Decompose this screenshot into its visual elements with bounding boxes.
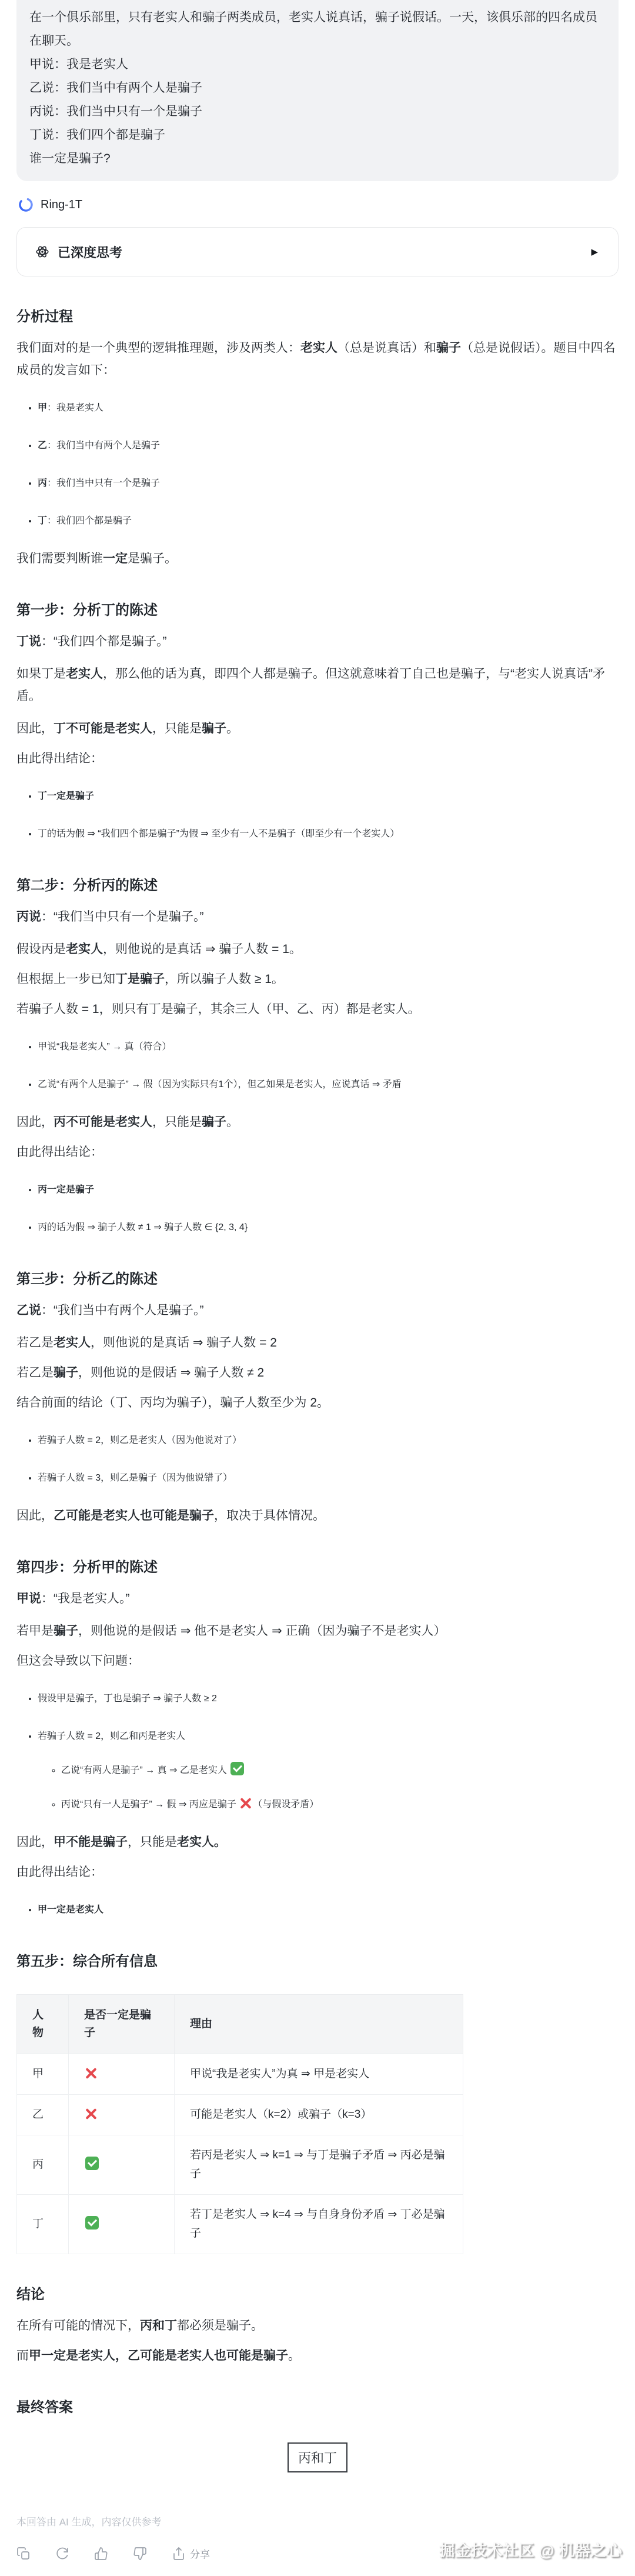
check-icon: [230, 1762, 244, 1775]
list-item: 丙说“只有一人是骗子” → 假 ⇒ 丙应是骗子 （与假设矛盾）: [61, 1794, 619, 1816]
paragraph: 结合前面的结论（丁、丙均为骗子），骗子人数至少为 2。: [16, 1392, 619, 1414]
paragraph: 由此得出结论：: [16, 1861, 619, 1884]
paragraph: 若乙是骗子，则他说的是假话 ⇒ 骗子人数 ≠ 2: [16, 1362, 619, 1384]
paragraph: 我们需要判断谁一定是骗子。: [16, 548, 619, 570]
list-item: 丁：我们四个都是骗子: [38, 510, 619, 532]
ai-disclaimer: 本回答由 AI 生成，内容仅供参考: [16, 2514, 619, 2528]
summary-table: 人物是否一定是骗子理由甲甲说“我是老实人”为真 ⇒ 甲是老实人乙可能是老实人（k…: [16, 1994, 463, 2254]
watermark: 掘金技术社区 @ 机器之心: [439, 2538, 622, 2561]
share-button[interactable]: 分享: [172, 2546, 210, 2561]
bold-text: 甲: [38, 403, 47, 413]
model-name: Ring-1T: [41, 198, 82, 212]
list-item: 丁的话为假 ⇒ “我们四个都是骗子”为假 ⇒ 至少有一人不是骗子（即至少有一个老…: [38, 823, 619, 845]
bullet-list: 丁一定是骗子丁的话为假 ⇒ “我们四个都是骗子”为假 ⇒ 至少有一人不是骗子（即…: [16, 785, 619, 845]
bold-text: 丙一定是骗子: [38, 1185, 94, 1195]
bold-text: 丁: [38, 516, 47, 526]
list-item: 丁一定是骗子: [38, 785, 619, 808]
share-label: 分享: [190, 2546, 210, 2561]
list-item: 丙一定是骗子: [38, 1179, 619, 1201]
paragraph: 由此得出结论：: [16, 748, 619, 770]
bold-text: 乙说: [16, 1304, 41, 1317]
paragraph: 因此，丙不可能是老实人，只能是骗子。: [16, 1111, 619, 1134]
table-cell: [69, 2054, 175, 2095]
bold-text: 乙可能是老实人也可能是骗子: [54, 1509, 214, 1522]
bold-text: 乙: [38, 441, 47, 451]
bold-text: 丙: [38, 478, 47, 488]
bold-text: 甲说: [16, 1592, 41, 1605]
paragraph: 甲说：“我是老实人。”: [16, 1588, 619, 1610]
chat-page: 在一个俱乐部里，只有老实人和骗子两类成员，老实人说真话，骗子说假话。一天，该俱乐…: [0, 0, 635, 2576]
section-heading: 第二步：分析丙的陈述: [16, 876, 619, 896]
table-cell: [69, 2195, 175, 2254]
list-item: 乙说“有两个人是骗子” → 假（因为实际只有1个），但乙如果是老实人，应说真话 …: [38, 1074, 619, 1096]
deep-thought-toggle[interactable]: 已深度思考 ▶: [16, 227, 619, 276]
ring-icon: [18, 196, 34, 213]
model-row: Ring-1T: [18, 196, 619, 213]
refresh-icon: [55, 2547, 69, 2561]
paragraph: 我们面对的是一个典型的逻辑推理题，涉及两类人：老实人（总是说真话）和骗子（总是说…: [16, 337, 619, 382]
section-heading: 分析过程: [16, 307, 619, 327]
check-icon: [85, 2157, 99, 2170]
thumbs-down-button[interactable]: [133, 2547, 147, 2561]
thumbs-up-icon: [94, 2547, 108, 2561]
list-item: 乙：我们当中有两个人是骗子: [38, 435, 619, 457]
question-line: 乙说：我们当中有两个人是骗子: [29, 76, 606, 100]
paragraph: 乙说：“我们当中有两个人是骗子。”: [16, 1299, 619, 1322]
list-item: 乙说“有两人是骗子” → 真 ⇒ 乙是老实人: [61, 1759, 619, 1782]
bold-text: 甲一定是老实人: [38, 1905, 103, 1915]
table-header-cell: 人物: [17, 1995, 69, 2054]
bold-text: 老实人。: [177, 1835, 226, 1849]
table-cell: 若丙是老实人 ⇒ k=1 ⇒ 与丁是骗子矛盾 ⇒ 丙必是骗子: [175, 2135, 463, 2195]
copy-button[interactable]: [16, 2547, 31, 2561]
paragraph: 在所有可能的情况下，丙和丁都必须是骗子。: [16, 2315, 619, 2337]
paragraph: 而甲一定是老实人，乙可能是老实人也可能是骗子。: [16, 2345, 619, 2367]
table-cell: [69, 2135, 175, 2195]
bullet-list: 乙说“有两人是骗子” → 真 ⇒ 乙是老实人 丙说“只有一人是骗子” → 假 ⇒…: [38, 1759, 619, 1816]
bullet-list: 甲说“我是老实人” → 真（符合）乙说“有两个人是骗子” → 假（因为实际只有1…: [16, 1036, 619, 1096]
table-cell: 丁: [17, 2195, 69, 2254]
question-line: 丙说：我们当中只有一个是骗子: [29, 100, 606, 124]
list-item: 若骗子人数 = 3，则乙是骗子（因为他说错了）: [38, 1467, 619, 1489]
bold-text: 一定: [103, 552, 128, 565]
list-item: 丙的话为假 ⇒ 骗子人数 ≠ 1 ⇒ 骗子人数 ∈ {2, 3, 4}: [38, 1217, 619, 1239]
final-answer-box: 丙和丁: [288, 2442, 347, 2472]
list-item: 假设甲是骗子，丁也是骗子 ⇒ 骗子人数 ≥ 2: [38, 1688, 619, 1710]
paragraph: 由此得出结论：: [16, 1141, 619, 1164]
cross-icon: [85, 2067, 97, 2079]
bold-text: 老实人: [54, 1336, 91, 1349]
paragraph: 因此，甲不能是骗子，只能是老实人。: [16, 1831, 619, 1854]
bold-text: 丙不可能是老实人: [54, 1115, 152, 1129]
bullet-list: 甲一定是老实人: [16, 1899, 619, 1921]
bold-text: 骗子: [54, 1366, 78, 1379]
paragraph: 若骗子人数 = 1，则只有丁是骗子，其余三人（甲、乙、丙）都是老实人。: [16, 998, 619, 1021]
table-cell: 可能是老实人（k=2）或骗子（k=3）: [175, 2095, 463, 2135]
bold-text: 丙和丁: [140, 2319, 177, 2332]
bold-text: 丙说: [16, 910, 41, 924]
bold-text: 骗子: [202, 722, 226, 735]
table-cell: 丙: [17, 2135, 69, 2195]
question-line: 在一个俱乐部里，只有老实人和骗子两类成员，老实人说真话，骗子说假话。一天，该俱乐…: [29, 6, 606, 53]
bold-text: 丁一定是骗子: [38, 791, 94, 801]
deep-thought-label: 已深度思考: [58, 243, 122, 261]
table-row: 丙若丙是老实人 ⇒ k=1 ⇒ 与丁是骗子矛盾 ⇒ 丙必是骗子: [17, 2135, 463, 2195]
bold-text: 甲一定是老实人，乙可能是老实人也可能是骗子: [29, 2349, 288, 2362]
thumbs-up-button[interactable]: [94, 2547, 108, 2561]
list-item: 丙：我们当中只有一个是骗子: [38, 472, 619, 495]
bullet-list: 若骗子人数 = 2，则乙是老实人（因为他说对了）若骗子人数 = 3，则乙是骗子（…: [16, 1429, 619, 1489]
bold-text: 丁是骗子: [115, 972, 165, 986]
table-header-cell: 是否一定是骗子: [69, 1995, 175, 2054]
list-item: 若骗子人数 = 2，则乙是老实人（因为他说对了）: [38, 1429, 619, 1452]
bold-text: 骗子: [436, 341, 461, 355]
table-row: 甲甲说“我是老实人”为真 ⇒ 甲是老实人: [17, 2054, 463, 2095]
cross-icon: [240, 1797, 252, 1809]
cross-icon: [85, 2108, 97, 2120]
paragraph: 但根据上一步已知丁是骗子，所以骗子人数 ≥ 1。: [16, 968, 619, 991]
thumbs-down-icon: [133, 2547, 147, 2561]
list-item: 甲：我是老实人: [38, 397, 619, 419]
paragraph: 如果丁是老实人，那么他的话为真，即四个人都是骗子。但这就意味着丁自己也是骗子，与…: [16, 663, 619, 708]
table-cell: 甲: [17, 2054, 69, 2095]
regenerate-button[interactable]: [55, 2547, 69, 2561]
bold-text: 甲不能是骗子: [54, 1835, 128, 1849]
question-line: 甲说：我是老实人: [29, 53, 606, 76]
bold-text: 老实人: [66, 667, 103, 681]
bullet-list: 假设甲是骗子，丁也是骗子 ⇒ 骗子人数 ≥ 2若骗子人数 = 2，则乙和丙是老实…: [16, 1688, 619, 1816]
bold-text: 骗子: [202, 1115, 226, 1129]
section-heading: 第四步：分析甲的陈述: [16, 1558, 619, 1578]
paragraph: 假设丙是老实人，则他说的是真话 ⇒ 骗子人数 = 1。: [16, 938, 619, 961]
paragraph: 丙说：“我们当中只有一个是骗子。”: [16, 906, 619, 928]
bold-text: 老实人: [66, 942, 103, 956]
bullet-list: 甲：我是老实人乙：我们当中有两个人是骗子丙：我们当中只有一个是骗子丁：我们四个都…: [16, 397, 619, 532]
table-cell: 乙: [17, 2095, 69, 2135]
table-cell: [69, 2095, 175, 2135]
paragraph: 丁说：“我们四个都是骗子。”: [16, 631, 619, 653]
section-heading: 第一步：分析丁的陈述: [16, 601, 619, 621]
table-cell: 甲说“我是老实人”为真 ⇒ 甲是老实人: [175, 2054, 463, 2095]
list-item: 甲一定是老实人: [38, 1899, 619, 1921]
table-header-cell: 理由: [175, 1995, 463, 2054]
table-cell: 若丁是老实人 ⇒ k=4 ⇒ 与自身身份矛盾 ⇒ 丁必是骗子: [175, 2195, 463, 2254]
paragraph: 若乙是老实人，则他说的是真话 ⇒ 骗子人数 = 2: [16, 1332, 619, 1354]
bold-text: 丁说: [16, 635, 41, 648]
list-item: 甲说“我是老实人” → 真（符合）: [38, 1036, 619, 1058]
share-icon: [172, 2547, 186, 2561]
section-heading: 第五步：综合所有信息: [16, 1952, 619, 1972]
final-answer-wrap: 丙和丁: [16, 2442, 619, 2472]
paragraph: 因此，丁不可能是老实人，只能是骗子。: [16, 718, 619, 740]
paragraph: 但这会导致以下问题：: [16, 1650, 619, 1672]
section-heading: 最终答案: [16, 2398, 619, 2418]
question-line: 谁一定是骗子?: [29, 147, 606, 171]
bold-text: 老实人: [300, 341, 337, 355]
bold-text: 丁不可能是老实人: [54, 722, 152, 735]
table-row: 丁若丁是老实人 ⇒ k=4 ⇒ 与自身身份矛盾 ⇒ 丁必是骗子: [17, 2195, 463, 2254]
user-question-bubble: 在一个俱乐部里，只有老实人和骗子两类成员，老实人说真话，骗子说假话。一天，该俱乐…: [16, 0, 619, 181]
ai-answer: 分析过程我们面对的是一个典型的逻辑推理题，涉及两类人：老实人（总是说真话）和骗子…: [16, 307, 619, 2478]
table-row: 乙可能是老实人（k=2）或骗子（k=3）: [17, 2095, 463, 2135]
question-line: 丁说：我们四个都是骗子: [29, 124, 606, 147]
bold-text: 骗子: [54, 1624, 78, 1638]
copy-icon: [16, 2547, 31, 2561]
paragraph: 若甲是骗子，则他说的是假话 ⇒ 他不是老实人 ⇒ 正确（因为骗子不是老实人）: [16, 1620, 619, 1642]
list-item: 若骗子人数 = 2，则乙和丙是老实人乙说“有两人是骗子” → 真 ⇒ 乙是老实人…: [38, 1725, 619, 1816]
atom-icon: [35, 244, 50, 259]
check-icon: [85, 2216, 99, 2230]
section-heading: 第三步：分析乙的陈述: [16, 1269, 619, 1289]
chevron-right-icon[interactable]: ▶: [591, 246, 598, 257]
paragraph: 因此，乙可能是老实人也可能是骗子，取决于具体情况。: [16, 1505, 619, 1527]
bullet-list: 丙一定是骗子丙的话为假 ⇒ 骗子人数 ≠ 1 ⇒ 骗子人数 ∈ {2, 3, 4…: [16, 1179, 619, 1239]
section-heading: 结论: [16, 2285, 619, 2305]
